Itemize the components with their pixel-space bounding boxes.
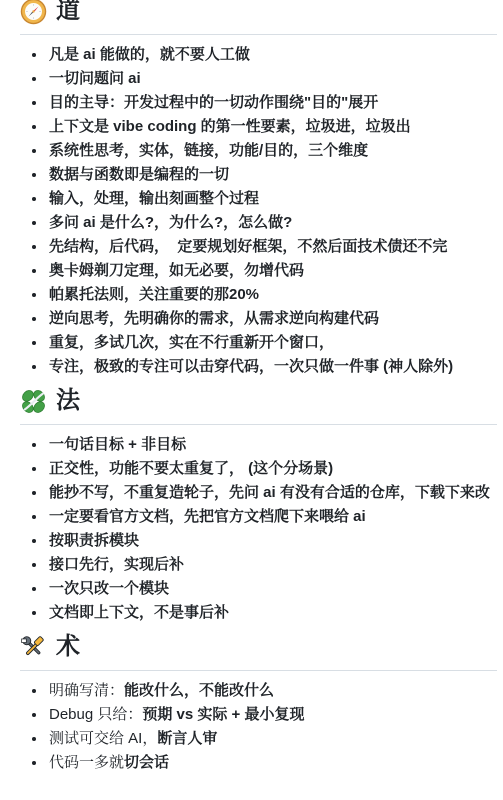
item-text-emphasis: 断言人审 [157,730,217,747]
item-text: 按职责拆模块 [49,532,139,549]
list-item: 一定要看官方文档，先把官方文档爬下来喂给 ai [47,505,497,529]
list-item: 帕累托法则，关注重要的那20% [47,283,497,307]
item-text: 输入，处理，输出刻画整个过程 [49,190,259,207]
item-text: 一句话目标 + 非目标 [49,436,186,453]
bullet-list-shu: 明确写清：能改什么，不能改什么Debug 只给：预期 vs 实际 + 最小复现测… [20,679,497,775]
item-text: 目的主导：开发过程中的一切动作围绕"目的"展开 [49,94,378,111]
list-item: 文档即上下文，不是事后补 [47,601,497,625]
item-text-emphasis: 能改什么，不能改什么 [124,682,274,699]
section-heading-dao: 道 [20,0,497,35]
item-text: 数据与函数即是编程的一切 [49,166,229,183]
list-item: 上下文是 vibe coding 的第一性要素，垃圾进，垃圾出 [47,115,497,139]
list-item: 一句话目标 + 非目标 [47,433,497,457]
list-item: 奥卡姆剃刀定理，如无必要，勿增代码 [47,259,497,283]
section-heading-fa: 法 [20,387,497,425]
list-item: 先结构，后代码， 定要规划好框架，不然后面技术债还不完 [47,235,497,259]
list-item: 凡是 ai 能做的，就不要人工做 [47,43,497,67]
list-item: 按职责拆模块 [47,529,497,553]
bullet-list-fa: 一句话目标 + 非目标正交性，功能不要太重复了， (这个分场景)能抄不写，不重复… [20,433,497,625]
item-text-prefix: 测试可交给 AI， [49,730,157,747]
item-text: 奥卡姆剃刀定理，如无必要，勿增代码 [49,262,304,279]
item-text: 系统性思考，实体，链接，功能/目的，三个维度 [49,142,368,159]
list-item: 输入，处理，输出刻画整个过程 [47,187,497,211]
list-item: 数据与函数即是编程的一切 [47,163,497,187]
section-title: 道 [56,0,80,25]
item-text-prefix: Debug 只给： [49,706,142,723]
list-item: 专注，极致的专注可以击穿代码，一次只做一件事 (神人除外) [47,355,497,379]
item-text: 正交性，功能不要太重复了， (这个分场景) [49,460,333,477]
item-text: 重复，多试几次，实在不行重新开个窗口， [49,334,334,351]
section-title: 术 [56,633,80,661]
list-item: 一切问题问 ai [47,67,497,91]
item-text: 一定要看官方文档，先把官方文档爬下来喂给 ai [49,508,366,525]
list-item: 正交性，功能不要太重复了， (这个分场景) [47,457,497,481]
item-text: 能抄不写，不重复造轮子，先问 ai 有没有合适的仓库，下载下来改 [49,484,490,501]
item-text: 上下文是 vibe coding 的第一性要素，垃圾进，垃圾出 [49,118,411,135]
list-item: 一次只改一个模块 [47,577,497,601]
item-text: 逆向思考，先明确你的需求，从需求逆向构建代码 [49,310,379,327]
list-item: Debug 只给：预期 vs 实际 + 最小复现 [47,703,497,727]
compass-icon [20,0,47,25]
item-text: 帕累托法则，关注重要的那20% [49,286,259,303]
list-item: 目的主导：开发过程中的一切动作围绕"目的"展开 [47,91,497,115]
section-heading-shu: 术 [20,633,497,671]
item-text-emphasis: 预期 vs 实际 + 最小复现 [142,706,304,723]
four-leaf-clover-icon [20,388,47,415]
section-title: 法 [56,387,80,415]
list-item: 能抄不写，不重复造轮子，先问 ai 有没有合适的仓库，下载下来改 [47,481,497,505]
item-text-prefix: 代码一多就 [49,754,124,771]
list-item: 接口先行，实现后补 [47,553,497,577]
item-text: 一次只改一个模块 [49,580,169,597]
item-text-prefix: 明确写清： [49,682,124,699]
item-text: 专注，极致的专注可以击穿代码，一次只做一件事 (神人除外) [49,358,453,375]
list-item: 系统性思考，实体，链接，功能/目的，三个维度 [47,139,497,163]
list-item: 重复，多试几次，实在不行重新开个窗口， [47,331,497,355]
bullet-list-dao: 凡是 ai 能做的，就不要人工做一切问题问 ai目的主导：开发过程中的一切动作围… [20,43,497,379]
item-text: 多问 ai 是什么?，为什么?，怎么做? [49,214,292,231]
item-text: 先结构，后代码， 定要规划好框架，不然后面技术债还不完 [49,238,447,255]
item-text: 凡是 ai 能做的，就不要人工做 [49,46,250,63]
markdown-document: 道凡是 ai 能做的，就不要人工做一切问题问 ai目的主导：开发过程中的一切动作… [0,0,503,800]
list-item: 测试可交给 AI，断言人审 [47,727,497,751]
item-text: 接口先行，实现后补 [49,556,184,573]
item-text: 一切问题问 ai [49,70,141,87]
item-text: 文档即上下文，不是事后补 [49,604,229,621]
list-item: 逆向思考，先明确你的需求，从需求逆向构建代码 [47,307,497,331]
hammer-and-wrench-icon [20,634,47,661]
list-item: 代码一多就切会话 [47,751,497,775]
item-text-emphasis: 切会话 [124,754,169,771]
list-item: 明确写清：能改什么，不能改什么 [47,679,497,703]
list-item: 多问 ai 是什么?，为什么?，怎么做? [47,211,497,235]
